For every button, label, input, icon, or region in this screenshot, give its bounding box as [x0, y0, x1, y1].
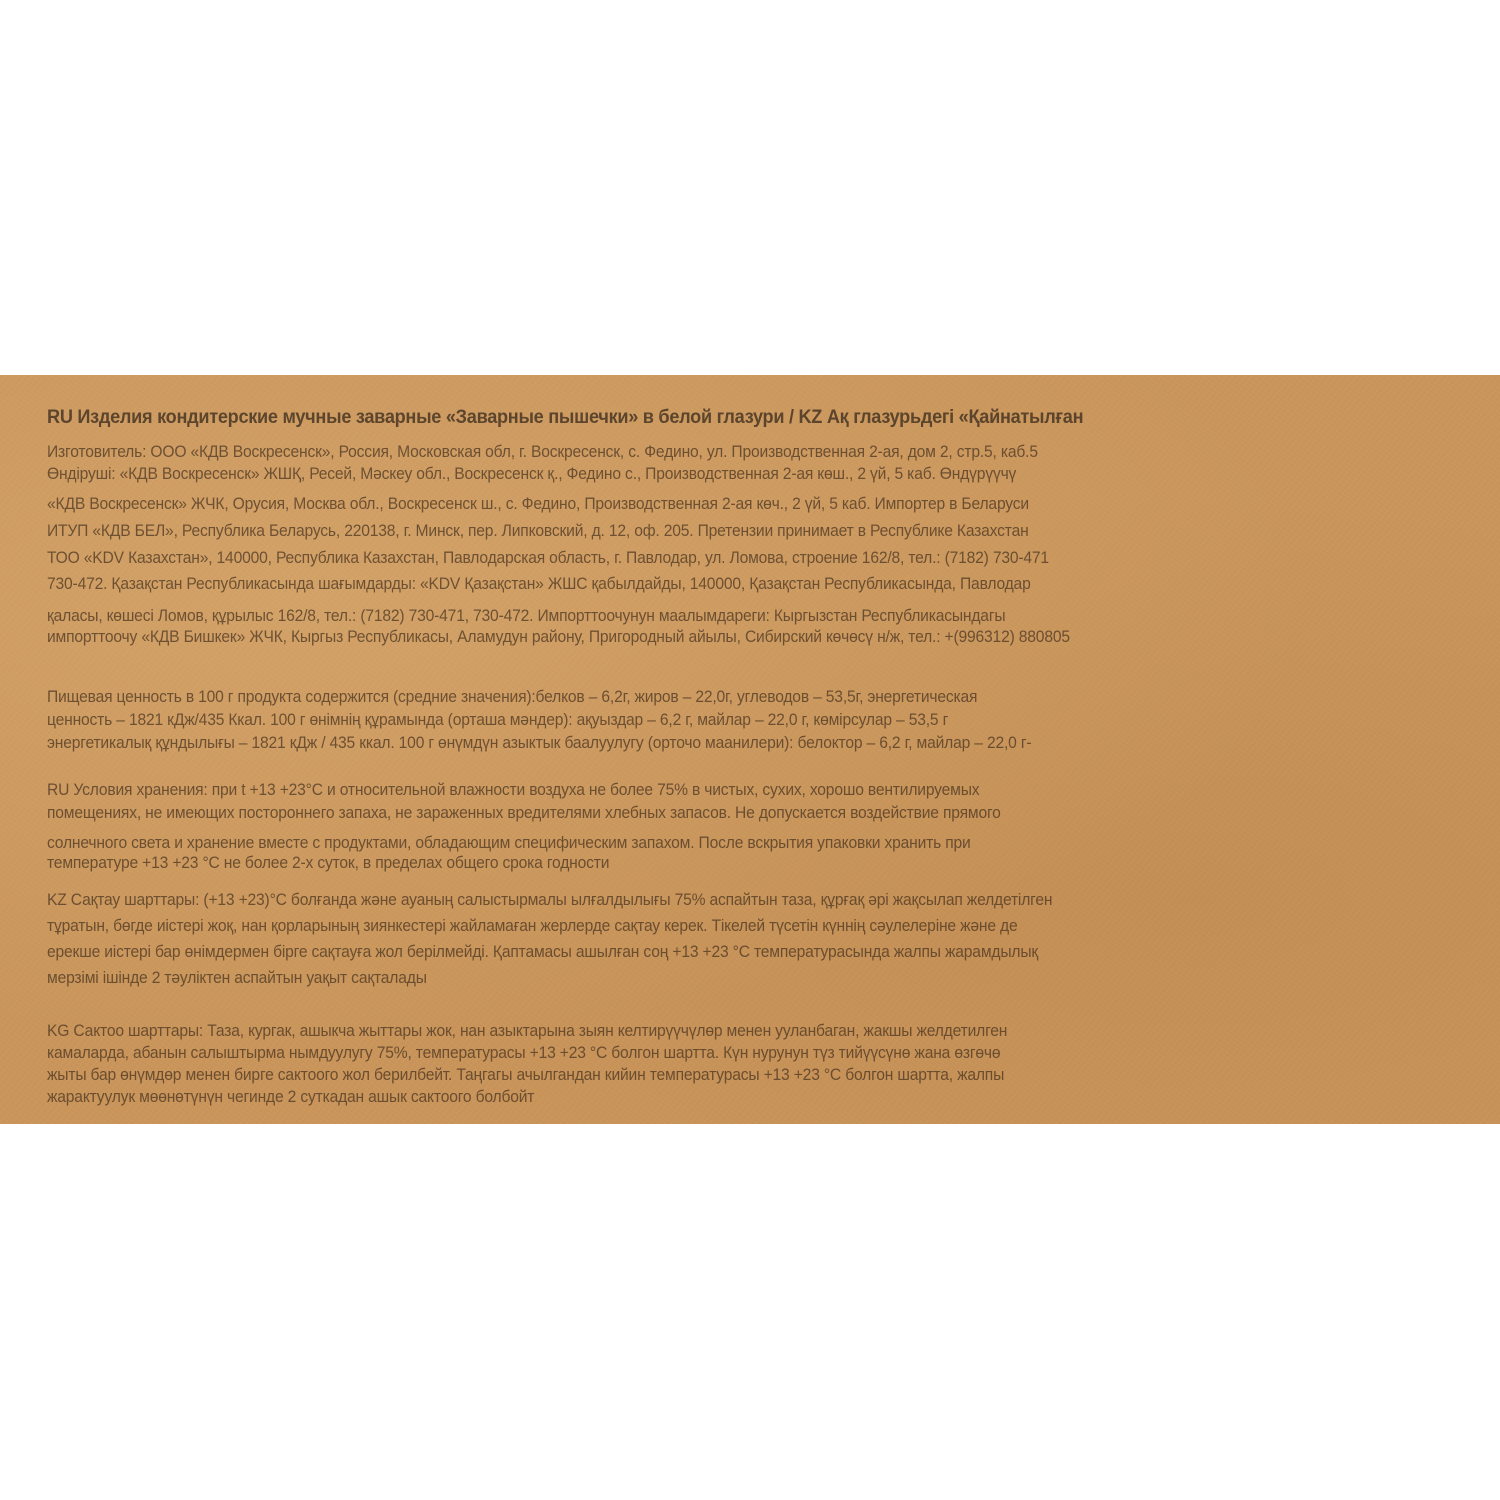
nutrition-line: Пищевая ценность в 100 г продукта содерж…	[47, 686, 1031, 707]
storage-ru-line: помещениях, не имеющих постороннего запа…	[47, 802, 1001, 823]
manufacturer-line: импорттоочу «КДВ Бишкек» ЖЧК, Кыргыз Рес…	[47, 626, 1070, 647]
manufacturer-line: Изготовитель: ООО «КДВ Воскресенск», Рос…	[47, 441, 1070, 462]
storage-kz-line: ерекше иістері бар өнімдермен бірге сақт…	[47, 941, 1052, 962]
manufacturer-line: ТОО «KDV Казахстан», 140000, Республика …	[47, 547, 1070, 568]
nutrition-facts: Пищевая ценность в 100 г продукта содерж…	[47, 686, 1117, 755]
storage-kg-line: жарактуулук мөөнөтүнүн чегинде 2 суткада…	[47, 1086, 1007, 1107]
storage-conditions-kz: KZ Сақтау шарттары: (+13 +23)°С болғанда…	[47, 889, 1140, 993]
manufacturer-line: Өндіруші: «КДВ Воскресенск» ЖШҚ, Ресей, …	[47, 463, 1070, 484]
nutrition-line: ценность – 1821 кДж/435 Ккал. 100 г өнім…	[47, 709, 1031, 730]
manufacturer-line: қаласы, көшесі Ломов, құрылыс 162/8, тел…	[47, 605, 1070, 626]
manufacturer-line: 730-472. Қазақстан Республикасында шағым…	[47, 573, 1070, 594]
storage-kg-line: KG Сактоо шарттары: Таза, кургак, ашыкча…	[47, 1020, 1007, 1041]
storage-kg-line: камаларда, абанын салыштырма нымдуулугу …	[47, 1042, 1007, 1063]
storage-kz-line: тұратын, бөгде иістері жоқ, нан қорларын…	[47, 915, 1052, 936]
storage-kz-line: мерзімі ішінде 2 тәуліктен аспайтын уақы…	[47, 967, 1052, 988]
storage-ru-line: температуре +13 +23 °С не более 2-х суто…	[47, 852, 1001, 873]
storage-conditions-ru: RU Условия хранения: при t +13 +23°С и о…	[47, 779, 1084, 873]
storage-conditions-kg: KG Сактоо шарттары: Таза, кургак, ашыкча…	[47, 1020, 1091, 1108]
manufacturer-info: Изготовитель: ООО «КДВ Воскресенск», Рос…	[47, 441, 1159, 647]
kraft-label-panel: RU Изделия кондитерские мучные заварные …	[0, 375, 1500, 1124]
nutrition-line: энергетикалық құндылығы – 1821 кДж / 435…	[47, 732, 1031, 753]
storage-kg-line: жыты бар өнүмдөр менен бирге сактоого жо…	[47, 1064, 1007, 1085]
product-title: RU Изделия кондитерские мучные заварные …	[47, 406, 1083, 429]
storage-kz-line: KZ Сақтау шарттары: (+13 +23)°С болғанда…	[47, 889, 1052, 910]
manufacturer-line: ИТУП «КДВ БЕЛ», Республика Беларусь, 220…	[47, 520, 1070, 541]
manufacturer-line: «КДВ Воскресенск» ЖЧК, Орусия, Москва об…	[47, 493, 1070, 514]
storage-ru-line: RU Условия хранения: при t +13 +23°С и о…	[47, 779, 1001, 800]
storage-ru-line: солнечного света и хранение вместе с про…	[47, 832, 1001, 853]
